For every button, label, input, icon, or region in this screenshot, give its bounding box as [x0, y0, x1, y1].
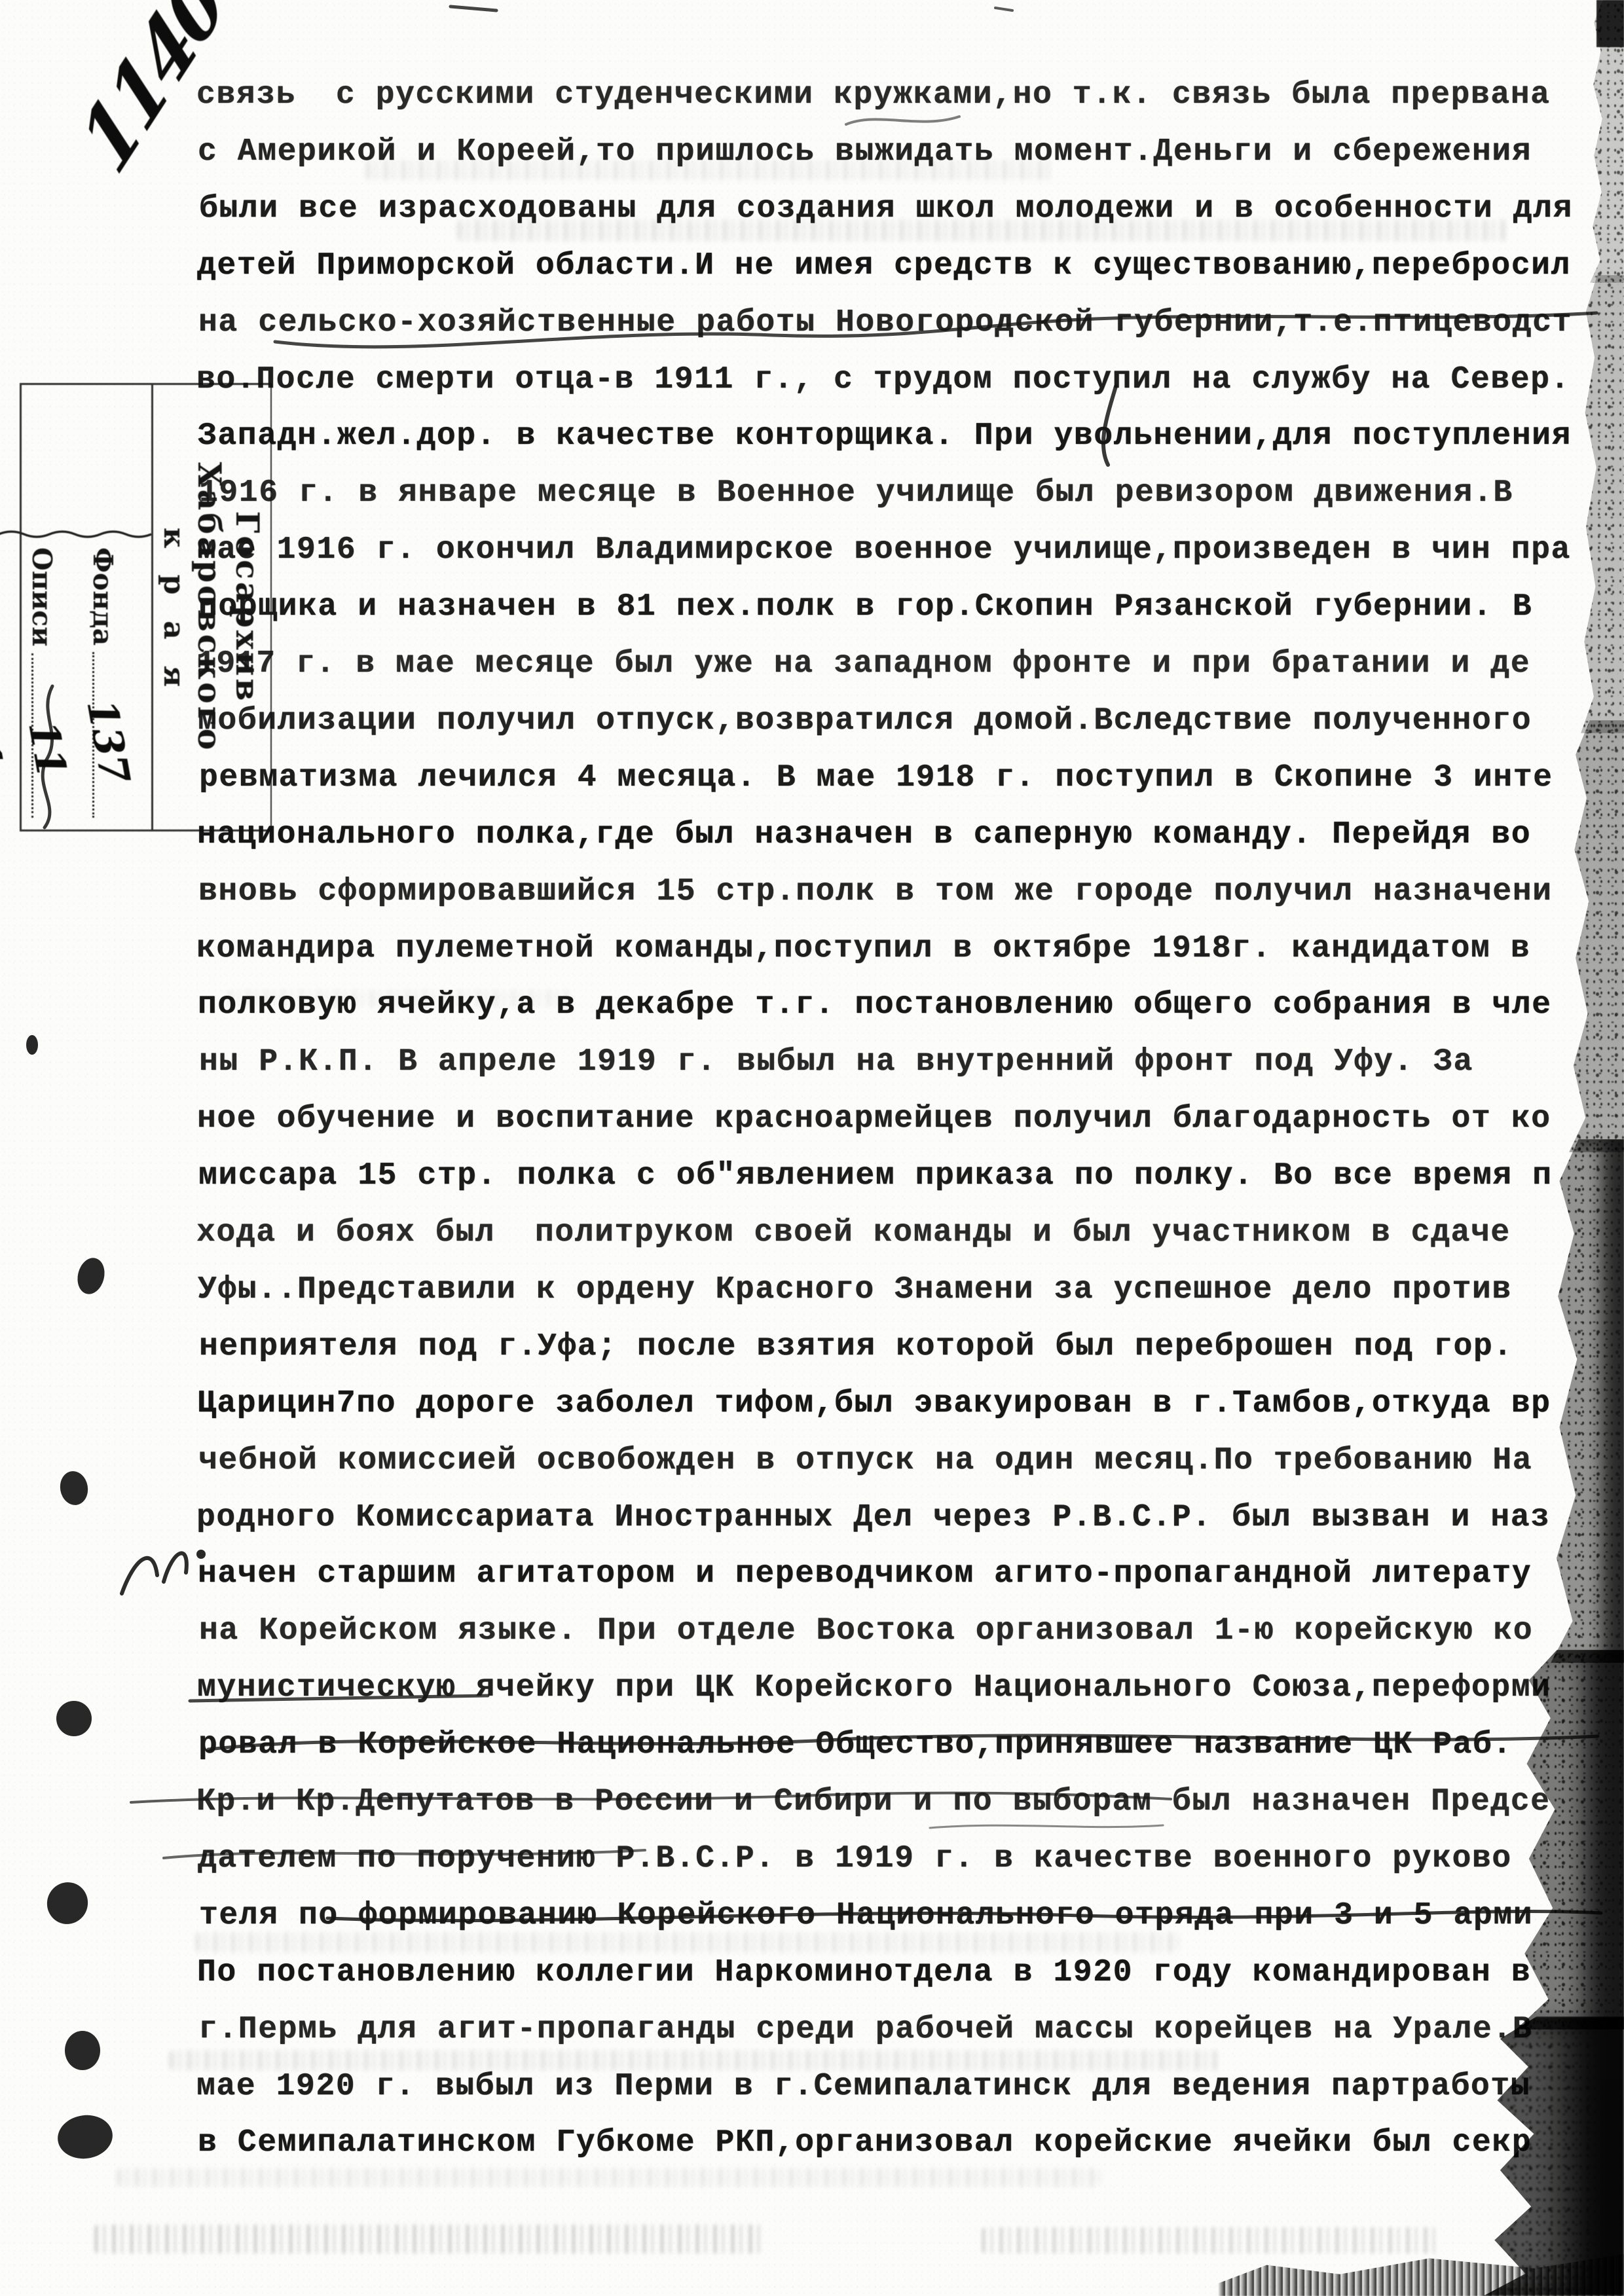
stamp-fields: Фонда137Описи11Ед. хр.1	[0, 539, 151, 829]
typed-line: теля по формированию Корейского Национал…	[199, 1898, 1533, 1933]
stamp-field-row: Ед. хр.1	[0, 547, 17, 823]
typed-line: Западн.жел.дор. в качестве конторщика. П…	[198, 418, 1572, 454]
typed-line: Уфы..Представили к ордену Красного Знаме…	[198, 1272, 1512, 1307]
typed-line: ны Р.К.П. В апреле 1919 г. выбыл на внут…	[199, 1044, 1473, 1080]
typed-line: 1917 г. в мае месяце был уже на западном…	[196, 646, 1530, 682]
typed-line: мунистическую ячейку при ЦК Корейского Н…	[197, 1670, 1551, 1705]
typed-line: детей Приморской области.И не имея средс…	[197, 248, 1571, 283]
stamp-field-row: Описи11	[26, 547, 79, 823]
typed-line: ровал в Корейское Национальное Общество,…	[198, 1727, 1513, 1762]
typed-line: мобилизации получил отпуск,возвратился д…	[198, 703, 1532, 738]
scan-edge-artifact	[1590, 0, 1624, 283]
stamp-number-label: №	[0, 394, 4, 428]
stamp-field-label: Фонда	[87, 547, 119, 646]
typed-line: на Корейском языке. При отделе Востока о…	[199, 1613, 1533, 1649]
typed-line: Царицин7по дороге заболел тифом,был эвак…	[197, 1386, 1551, 1421]
ink-bleed-smudge	[95, 2225, 763, 2253]
typed-line: на сельско-хозяйственные работы Новогоро…	[198, 305, 1572, 340]
stamp-field-value-handwritten: 1	[0, 737, 12, 773]
stamp-org-name-2: края	[157, 385, 191, 829]
typed-line: национального полка,где был назначен в с…	[197, 817, 1531, 852]
typed-text-block: связь с русскими студенческими кружками,…	[198, 77, 1593, 2212]
stamp-field-value-handwritten: 137	[78, 695, 139, 787]
typed-line: командира пулеметной команды,поступил в …	[196, 931, 1530, 966]
typed-line: г.Пермь для агит-пропаганды среди рабоче…	[198, 2012, 1532, 2047]
typed-line: 1916 г. в январе месяце в Военное училищ…	[199, 475, 1513, 511]
stamp-org-name: Госархив Хабаровского	[191, 385, 267, 829]
typed-line: начен старшим агитатором и переводчиком …	[198, 1556, 1532, 1592]
typed-line: во.После смерти отца-в 1911 г., с трудом…	[196, 362, 1570, 397]
stamp-field-row: Фонда137	[87, 547, 139, 823]
typed-line: вновь сформировавшийся 15 стр.полк в том…	[198, 874, 1553, 909]
typed-line: ное обучение и воспитание красноармейцев…	[197, 1101, 1551, 1137]
typed-line: связь с русскими студенческими кружками,…	[196, 77, 1551, 113]
archive-stamp: Госархив Хабаровского края № Фонда137Опи…	[20, 383, 272, 831]
typed-line: дателем по поручению Р.В.С.Р. в 1919 г. …	[198, 1841, 1512, 1876]
typed-line: Кр.и Кр.Депутатов в России и Сибири и по…	[196, 1784, 1551, 1819]
typed-line: в Семипалатинском Губкоме РКП,организова…	[198, 2125, 1532, 2160]
typed-line: с Америкой и Кореей,то пришлось выжидать…	[198, 134, 1532, 170]
stamp-field-label: Описи	[26, 547, 58, 647]
typed-line: По постановлению коллегии Наркоминотдела…	[197, 1955, 1531, 1990]
typed-line: мае 1916 г. окончил Владимирское военное…	[197, 532, 1571, 568]
typed-line: неприятеля под г.Уфа; после взятия котор…	[199, 1329, 1513, 1364]
typed-line: ревматизма лечился 4 месяца. В мае 1918 …	[199, 760, 1553, 795]
typed-line: миссара 15 стр. полка с об"явлением прик…	[198, 1158, 1553, 1194]
typed-line: хода и боях был политруком своей команды…	[196, 1215, 1511, 1250]
typed-line: порщика и назначен в 81 пех.полк в гор.С…	[198, 589, 1532, 625]
ink-bleed-smudge	[982, 2227, 1441, 2253]
stamp-wavy-divider	[0, 529, 151, 539]
typed-line: были все израсходованы для создания школ…	[199, 191, 1573, 227]
stamp-field-value-handwritten: 11	[19, 718, 76, 782]
document-scan: связь с русскими студенческими кружками,…	[0, 0, 1624, 2296]
typed-line: чебной комиссией освобожден в отпуск на …	[198, 1443, 1532, 1478]
typed-line: полковую ячейку,а в декабре т.г. постано…	[198, 987, 1552, 1023]
typed-line: мае 1920 г. выбыл из Перми в г.Семипалат…	[196, 2069, 1530, 2104]
typed-line: родного Комиссариата Иностранных Дел чер…	[196, 1500, 1551, 1535]
